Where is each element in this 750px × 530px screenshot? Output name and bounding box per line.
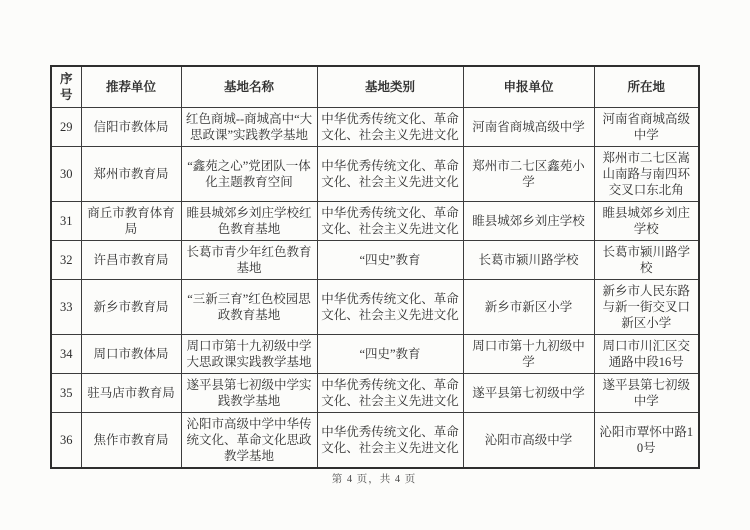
- cell: 中华优秀传统文化、革命文化、社会主义先进文化: [317, 413, 463, 469]
- cell: 35: [51, 374, 81, 413]
- document-page: 序号推荐单位基地名称基地类别申报单位所在地 29信阳市教体局红色商城--商城高中…: [0, 0, 750, 530]
- cell: 河南省商城高级中学: [463, 108, 594, 147]
- cell: 31: [51, 202, 81, 241]
- header-row: 序号推荐单位基地名称基地类别申报单位所在地: [51, 66, 699, 108]
- cell: 沁阳市覃怀中路10号: [594, 413, 699, 469]
- table-row: 34周口市教体局周口市第十九初级中学大思政课实践教学基地“四史”教育周口市第十九…: [51, 335, 699, 374]
- cell: “鑫苑之心”党团队一体化主题教育空间: [181, 147, 317, 202]
- header-cell: 推荐单位: [81, 66, 181, 108]
- cell: “四史”教育: [317, 335, 463, 374]
- header-cell: 基地类别: [317, 66, 463, 108]
- cell: 沁阳市高级中学: [463, 413, 594, 469]
- cell: 新乡市新区小学: [463, 280, 594, 335]
- cell: 郑州市二七区嵩山南路与南四环交叉口东北角: [594, 147, 699, 202]
- header-cell: 基地名称: [181, 66, 317, 108]
- cell: 长葛市青少年红色教育基地: [181, 241, 317, 280]
- cell: 郑州市二七区鑫苑小学: [463, 147, 594, 202]
- cell: 34: [51, 335, 81, 374]
- cell: 睢县城郊乡刘庄学校: [594, 202, 699, 241]
- cell: 睢县城郊乡刘庄学校: [463, 202, 594, 241]
- cell: 红色商城--商城高中“大思政课”实践教学基地: [181, 108, 317, 147]
- cell: 周口市第十九初级中学大思政课实践教学基地: [181, 335, 317, 374]
- cell: 30: [51, 147, 81, 202]
- cell: 沁阳市高级中学中华传统文化、革命文化思政教学基地: [181, 413, 317, 469]
- cell: 32: [51, 241, 81, 280]
- cell: 中华优秀传统文化、革命文化、社会主义先进文化: [317, 374, 463, 413]
- table-row: 30郑州市教育局“鑫苑之心”党团队一体化主题教育空间中华优秀传统文化、革命文化、…: [51, 147, 699, 202]
- cell: 36: [51, 413, 81, 469]
- cell: 郑州市教育局: [81, 147, 181, 202]
- page-footer: 第 4 页，共 4 页: [0, 471, 748, 486]
- cell: 中华优秀传统文化、革命文化、社会主义先进文化: [317, 108, 463, 147]
- cell: 长葛市颍川路学校: [463, 241, 594, 280]
- cell: 许昌市教育局: [81, 241, 181, 280]
- cell: 遂平县第七初级中学: [594, 374, 699, 413]
- table-body: 29信阳市教体局红色商城--商城高中“大思政课”实践教学基地中华优秀传统文化、革…: [51, 108, 699, 469]
- cell: 中华优秀传统文化、革命文化、社会主义先进文化: [317, 202, 463, 241]
- cell: 中华优秀传统文化、革命文化、社会主义先进文化: [317, 280, 463, 335]
- cell: 周口市川汇区交通路中段16号: [594, 335, 699, 374]
- cell: 驻马店市教育局: [81, 374, 181, 413]
- table-row: 31商丘市教育体育局睢县城郊乡刘庄学校红色教育基地中华优秀传统文化、革命文化、社…: [51, 202, 699, 241]
- header-cell: 所在地: [594, 66, 699, 108]
- cell: 周口市第十九初级中学: [463, 335, 594, 374]
- cell: 新乡市人民东路与新一街交叉口新区小学: [594, 280, 699, 335]
- cell: 焦作市教育局: [81, 413, 181, 469]
- header-cell: 申报单位: [463, 66, 594, 108]
- header-cell: 序号: [51, 66, 81, 108]
- table-row: 33新乡市教育局“三新三育”红色校园思政教育基地中华优秀传统文化、革命文化、社会…: [51, 280, 699, 335]
- cell: 遂平县第七初级中学: [463, 374, 594, 413]
- cell: 河南省商城高级中学: [594, 108, 699, 147]
- cell: 遂平县第七初级中学实践教学基地: [181, 374, 317, 413]
- cell: 长葛市颍川路学校: [594, 241, 699, 280]
- cell: 睢县城郊乡刘庄学校红色教育基地: [181, 202, 317, 241]
- cell: 信阳市教体局: [81, 108, 181, 147]
- table-row: 32许昌市教育局长葛市青少年红色教育基地“四史”教育长葛市颍川路学校长葛市颍川路…: [51, 241, 699, 280]
- cell: “三新三育”红色校园思政教育基地: [181, 280, 317, 335]
- cell: 中华优秀传统文化、革命文化、社会主义先进文化: [317, 147, 463, 202]
- cell: “四史”教育: [317, 241, 463, 280]
- cell: 新乡市教育局: [81, 280, 181, 335]
- base-list-table: 序号推荐单位基地名称基地类别申报单位所在地 29信阳市教体局红色商城--商城高中…: [50, 65, 700, 469]
- table-row: 35驻马店市教育局遂平县第七初级中学实践教学基地中华优秀传统文化、革命文化、社会…: [51, 374, 699, 413]
- cell: 29: [51, 108, 81, 147]
- table-row: 29信阳市教体局红色商城--商城高中“大思政课”实践教学基地中华优秀传统文化、革…: [51, 108, 699, 147]
- cell: 33: [51, 280, 81, 335]
- cell: 周口市教体局: [81, 335, 181, 374]
- table-row: 36焦作市教育局沁阳市高级中学中华传统文化、革命文化思政教学基地中华优秀传统文化…: [51, 413, 699, 469]
- cell: 商丘市教育体育局: [81, 202, 181, 241]
